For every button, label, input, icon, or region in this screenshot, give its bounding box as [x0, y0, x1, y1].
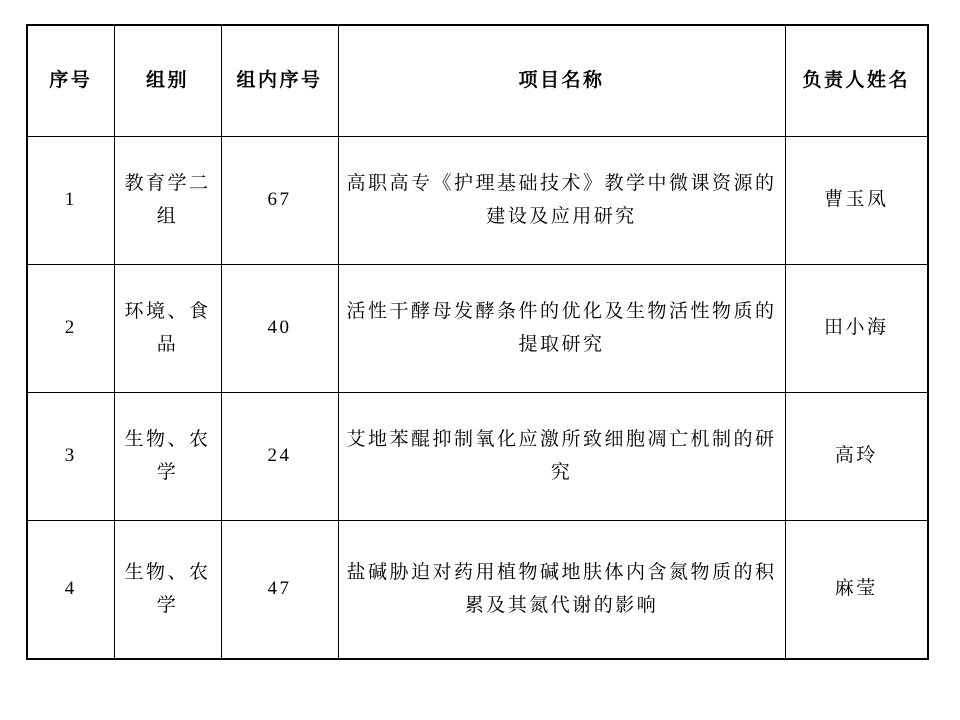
table-row: 4 生物、农学 47 盐碱胁迫对药用植物碱地肤体内含氮物质的积累及其氮代谢的影响…	[27, 521, 928, 660]
cell-leader: 田小海	[785, 265, 928, 393]
table-row: 3 生物、农学 24 艾地苯醌抑制氧化应激所致细胞凋亡机制的研究 高玲	[27, 393, 928, 521]
col-header-group: 组别	[114, 25, 221, 137]
col-header-leader: 负责人姓名	[785, 25, 928, 137]
cell-leader: 曹玉凤	[785, 137, 928, 265]
cell-serial: 3	[27, 393, 114, 521]
col-header-serial: 序号	[27, 25, 114, 137]
table-row: 1 教育学二组 67 高职高专《护理基础技术》教学中微课资源的建设及应用研究 曹…	[27, 137, 928, 265]
col-header-project: 项目名称	[338, 25, 785, 137]
col-header-group-no: 组内序号	[221, 25, 338, 137]
cell-project: 盐碱胁迫对药用植物碱地肤体内含氮物质的积累及其氮代谢的影响	[338, 521, 785, 660]
cell-group: 生物、农学	[114, 521, 221, 660]
cell-group: 生物、农学	[114, 393, 221, 521]
project-table: 序号 组别 组内序号 项目名称 负责人姓名 1 教育学二组 67 高职高专《护理…	[26, 24, 929, 660]
cell-project: 活性干酵母发酵条件的优化及生物活性物质的提取研究	[338, 265, 785, 393]
cell-group-no: 47	[221, 521, 338, 660]
cell-group-no: 67	[221, 137, 338, 265]
table-row: 2 环境、食品 40 活性干酵母发酵条件的优化及生物活性物质的提取研究 田小海	[27, 265, 928, 393]
cell-group-no: 24	[221, 393, 338, 521]
project-table-container: 序号 组别 组内序号 项目名称 负责人姓名 1 教育学二组 67 高职高专《护理…	[26, 24, 929, 660]
cell-serial: 1	[27, 137, 114, 265]
cell-project: 艾地苯醌抑制氧化应激所致细胞凋亡机制的研究	[338, 393, 785, 521]
cell-leader: 高玲	[785, 393, 928, 521]
cell-serial: 4	[27, 521, 114, 660]
cell-group: 环境、食品	[114, 265, 221, 393]
cell-serial: 2	[27, 265, 114, 393]
cell-group: 教育学二组	[114, 137, 221, 265]
cell-project: 高职高专《护理基础技术》教学中微课资源的建设及应用研究	[338, 137, 785, 265]
table-header-row: 序号 组别 组内序号 项目名称 负责人姓名	[27, 25, 928, 137]
cell-group-no: 40	[221, 265, 338, 393]
cell-leader: 麻莹	[785, 521, 928, 660]
